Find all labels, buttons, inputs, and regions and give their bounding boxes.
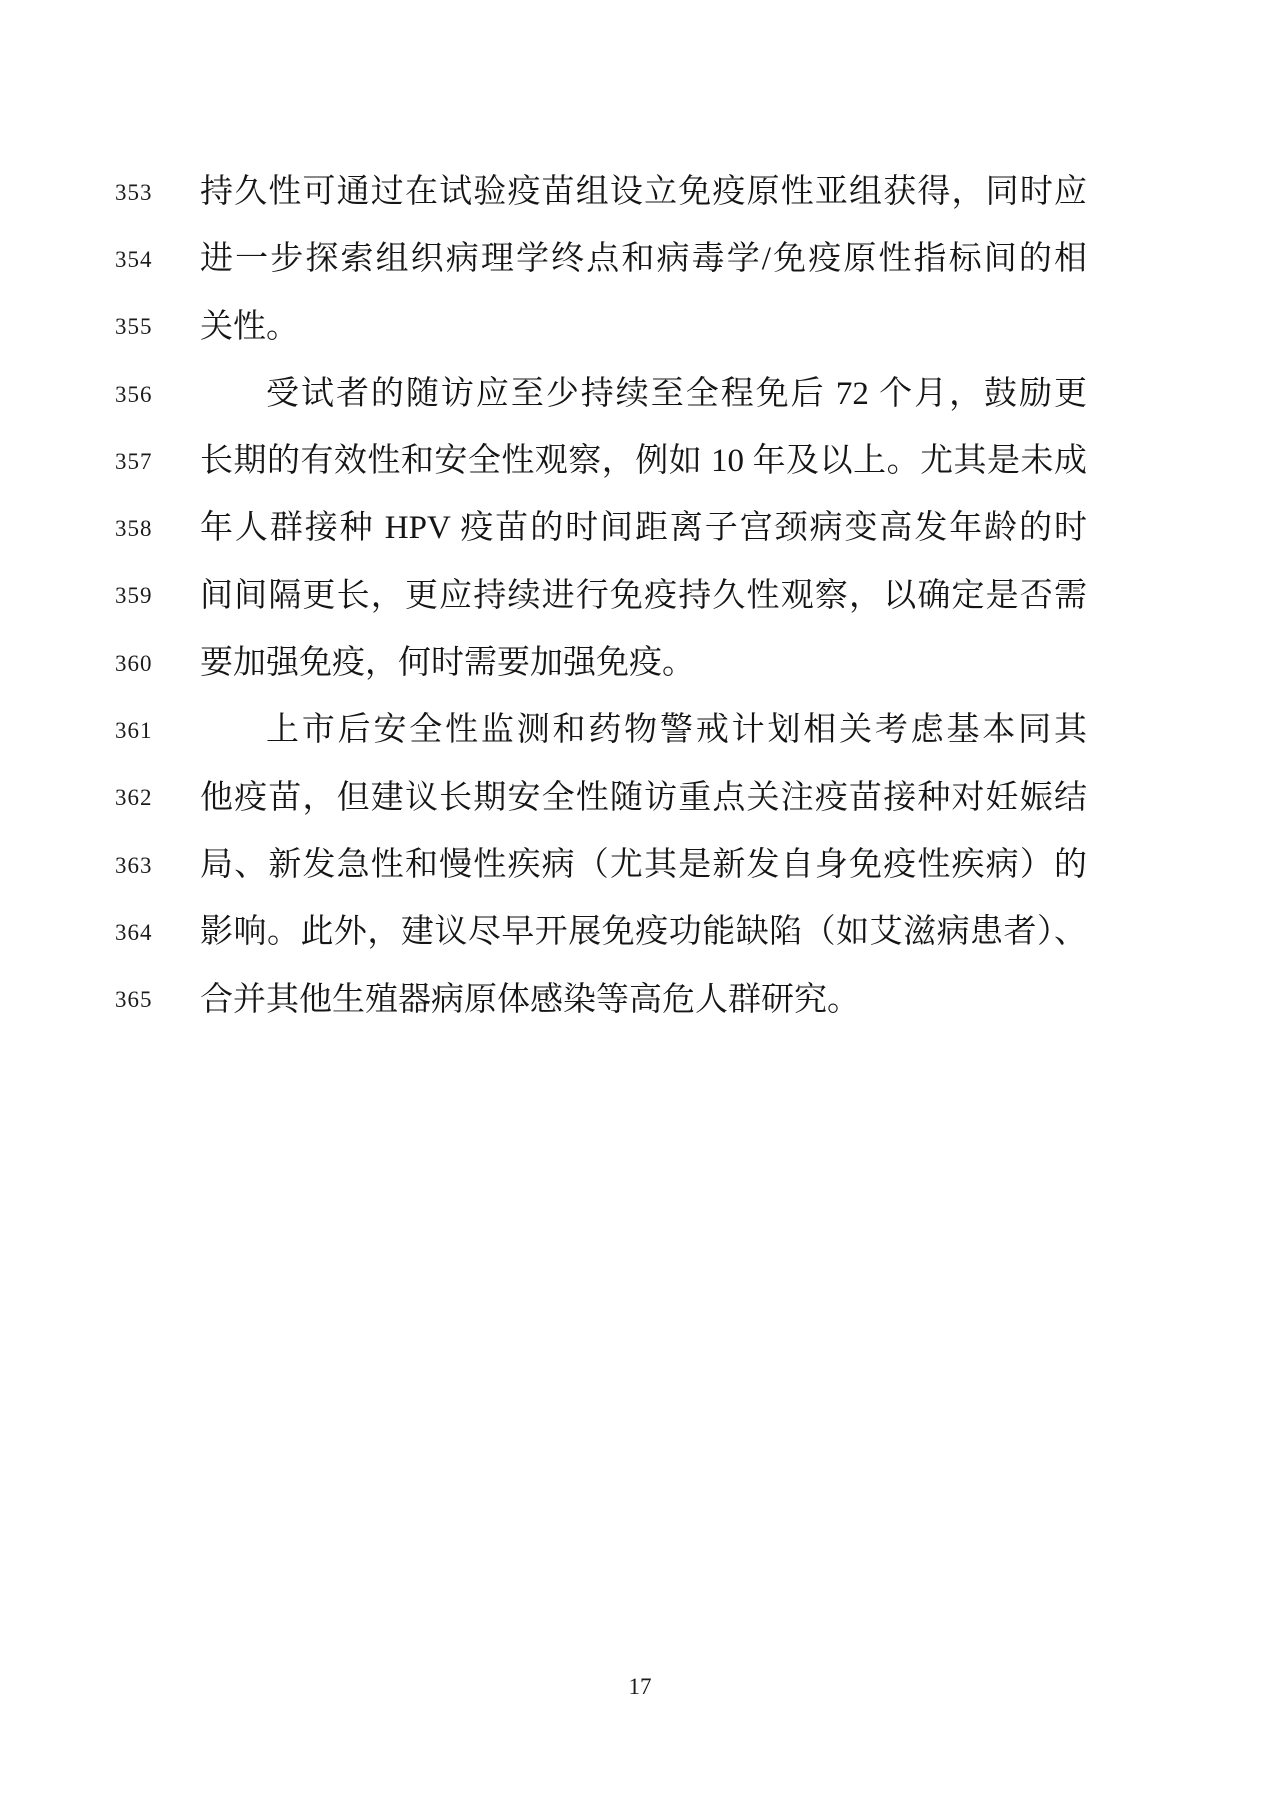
text-line: 355 关性。 <box>0 294 1280 361</box>
document-page: 353 持久性可通过在试验疫苗组设立免疫原性亚组获得，同时应 354 进一步探索… <box>0 0 1280 1811</box>
line-text: 他疫苗，但建议长期安全性随访重点关注疫苗接种对妊娠结 <box>200 765 1087 832</box>
text-line: 358 年人群接种 HPV 疫苗的时间距离子宫颈病变高发年龄的时 <box>0 495 1280 562</box>
text-line: 359 间间隔更长，更应持续进行免疫持久性观察，以确定是否需 <box>0 563 1280 630</box>
line-number: 354 <box>115 247 153 273</box>
line-text: 关性。 <box>200 294 1087 361</box>
line-number: 356 <box>115 382 153 408</box>
line-number: 360 <box>115 651 153 677</box>
text-line: 357 长期的有效性和安全性观察，例如 10 年及以上。尤其是未成 <box>0 428 1280 495</box>
text-line: 354 进一步探索组织病理学终点和病毒学/免疫原性指标间的相 <box>0 226 1280 293</box>
line-text: 局、新发急性和慢性疾病（尤其是新发自身免疫性疾病）的 <box>200 832 1087 899</box>
line-number: 365 <box>115 987 153 1013</box>
text-line: 356 受试者的随访应至少持续至全程免后 72 个月，鼓励更 <box>0 361 1280 428</box>
text-line: 353 持久性可通过在试验疫苗组设立免疫原性亚组获得，同时应 <box>0 159 1280 226</box>
line-text: 合并其他生殖器病原体感染等高危人群研究。 <box>200 967 1087 1034</box>
line-text: 要加强免疫，何时需要加强免疫。 <box>200 630 1087 697</box>
text-line: 364 影响。此外，建议尽早开展免疫功能缺陷（如艾滋病患者）、 <box>0 899 1280 966</box>
line-number: 362 <box>115 785 153 811</box>
line-number: 359 <box>115 583 153 609</box>
text-line: 362 他疫苗，但建议长期安全性随访重点关注疫苗接种对妊娠结 <box>0 765 1280 832</box>
line-number: 353 <box>115 180 153 206</box>
text-line: 360 要加强免疫，何时需要加强免疫。 <box>0 630 1280 697</box>
line-number: 364 <box>115 920 153 946</box>
text-line: 363 局、新发急性和慢性疾病（尤其是新发自身免疫性疾病）的 <box>0 832 1280 899</box>
line-text: 年人群接种 HPV 疫苗的时间距离子宫颈病变高发年龄的时 <box>200 495 1087 562</box>
text-line: 365 合并其他生殖器病原体感染等高危人群研究。 <box>0 967 1280 1034</box>
line-number: 355 <box>115 314 153 340</box>
line-number: 363 <box>115 853 153 879</box>
page-footer: 17 <box>0 1674 1280 1700</box>
line-text: 长期的有效性和安全性观察，例如 10 年及以上。尤其是未成 <box>200 428 1087 495</box>
document-body: 353 持久性可通过在试验疫苗组设立免疫原性亚组获得，同时应 354 进一步探索… <box>0 159 1280 1034</box>
line-text: 影响。此外，建议尽早开展免疫功能缺陷（如艾滋病患者）、 <box>200 899 1087 966</box>
line-text: 进一步探索组织病理学终点和病毒学/免疫原性指标间的相 <box>200 226 1087 293</box>
line-number: 357 <box>115 449 153 475</box>
line-text: 间间隔更长，更应持续进行免疫持久性观察，以确定是否需 <box>200 563 1087 630</box>
line-text: 受试者的随访应至少持续至全程免后 72 个月，鼓励更 <box>200 361 1087 428</box>
line-text: 持久性可通过在试验疫苗组设立免疫原性亚组获得，同时应 <box>200 159 1087 226</box>
line-number: 358 <box>115 516 153 542</box>
line-number: 361 <box>115 718 153 744</box>
line-text: 上市后安全性监测和药物警戒计划相关考虑基本同其 <box>200 697 1087 764</box>
text-line: 361 上市后安全性监测和药物警戒计划相关考虑基本同其 <box>0 697 1280 764</box>
page-number: 17 <box>629 1674 652 1699</box>
